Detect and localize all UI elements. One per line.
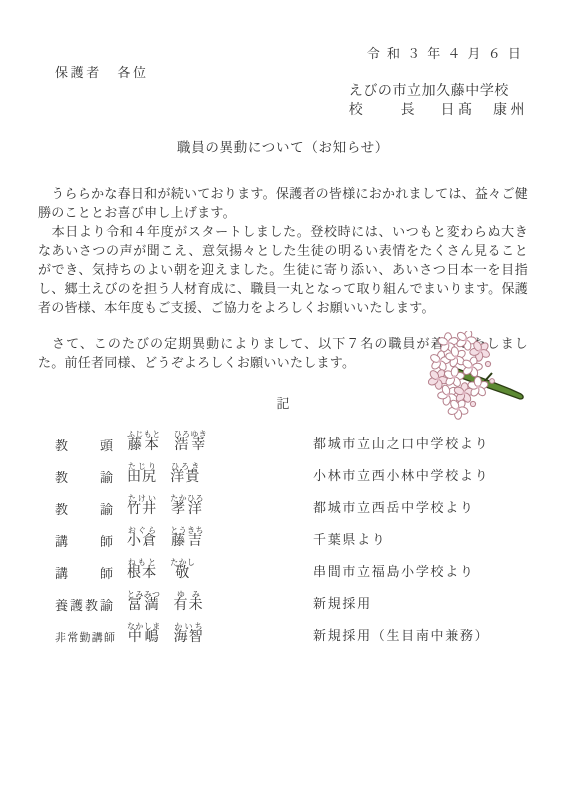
- school-name: えびの市立加久藤中学校: [349, 83, 528, 100]
- principal-name: 日髙 康州: [441, 102, 529, 119]
- staff-role: 教頭: [55, 438, 113, 454]
- staff-origin: 小林市立西小林中学校より: [313, 468, 528, 486]
- staff-row: 非常勤講師 中嶋なかしま海智かいち 新規採用（生目南中兼務）: [38, 622, 528, 646]
- document-page: 令和３年４月６日 保護者 各位 えびの市立加久藤中学校 校 長 日髙 康州 職員…: [0, 0, 566, 800]
- recipient: 保護者 各位: [38, 65, 528, 81]
- principal-line: 校 長 日髙 康州: [349, 102, 528, 119]
- staff-origin: 新規採用（生目南中兼務）: [313, 628, 528, 646]
- staff-row: 教諭 竹井たけい孝洋たかひろ 都城市立西岳中学校より: [38, 494, 528, 518]
- document-date: 令和３年４月６日: [38, 46, 528, 62]
- staff-name: 竹井たけい孝洋たかひろ: [127, 494, 313, 518]
- sender-block: えびの市立加久藤中学校 校 長 日髙 康州: [38, 83, 528, 119]
- staff-list: 教頭 藤本ふじもと浩幸ひろゆき 都城市立山之口中学校より 教諭 田尻たじり洋貴ひ…: [38, 430, 528, 646]
- staff-name: 冨満とみみつ有未ゆみ: [127, 590, 313, 614]
- staff-row: 教頭 藤本ふじもと浩幸ひろゆき 都城市立山之口中学校より: [38, 430, 528, 454]
- paragraph-new-year: 本日より令和４年度がスタートしました。登校時には、いつもと変わらぬ大きなあいさつ…: [38, 222, 528, 317]
- staff-origin: 千葉県より: [313, 532, 528, 550]
- staff-origin: 都城市立山之口中学校より: [313, 436, 528, 454]
- staff-role: 養護教諭: [55, 598, 113, 614]
- staff-name: 根本ねもと敬たかし: [127, 558, 313, 582]
- staff-role: 教諭: [55, 502, 113, 518]
- staff-origin: 都城市立西岳中学校より: [313, 500, 528, 518]
- staff-row: 養護教諭 冨満とみみつ有未ゆみ 新規採用: [38, 590, 528, 614]
- staff-row: 講師 根本ねもと敬たかし 串間市立福島小学校より: [38, 558, 528, 582]
- staff-name: 田尻たじり洋貴ひろき: [127, 462, 313, 486]
- paragraph-greeting: うららかな春日和が続いております。保護者の皆様におかれましては、益々ご健勝のこと…: [38, 184, 528, 222]
- staff-role: 講師: [55, 534, 113, 550]
- staff-role: 講師: [55, 566, 113, 582]
- staff-origin: 串間市立福島小学校より: [313, 564, 528, 582]
- staff-row: 講師 小倉おぐら藤吉とうきち 千葉県より: [38, 526, 528, 550]
- staff-name: 小倉おぐら藤吉とうきち: [127, 526, 313, 550]
- staff-origin: 新規採用: [313, 596, 528, 614]
- document-title: 職員の異動について（お知らせ）: [38, 139, 528, 156]
- staff-row: 教諭 田尻たじり洋貴ひろき 小林市立西小林中学校より: [38, 462, 528, 486]
- cherry-blossom-icon: [428, 331, 542, 423]
- staff-role: 教諭: [55, 470, 113, 486]
- staff-name: 中嶋なかしま海智かいち: [127, 622, 313, 646]
- staff-role: 非常勤講師: [55, 630, 115, 646]
- staff-name: 藤本ふじもと浩幸ひろゆき: [127, 430, 313, 454]
- principal-title: 校 長: [349, 102, 427, 119]
